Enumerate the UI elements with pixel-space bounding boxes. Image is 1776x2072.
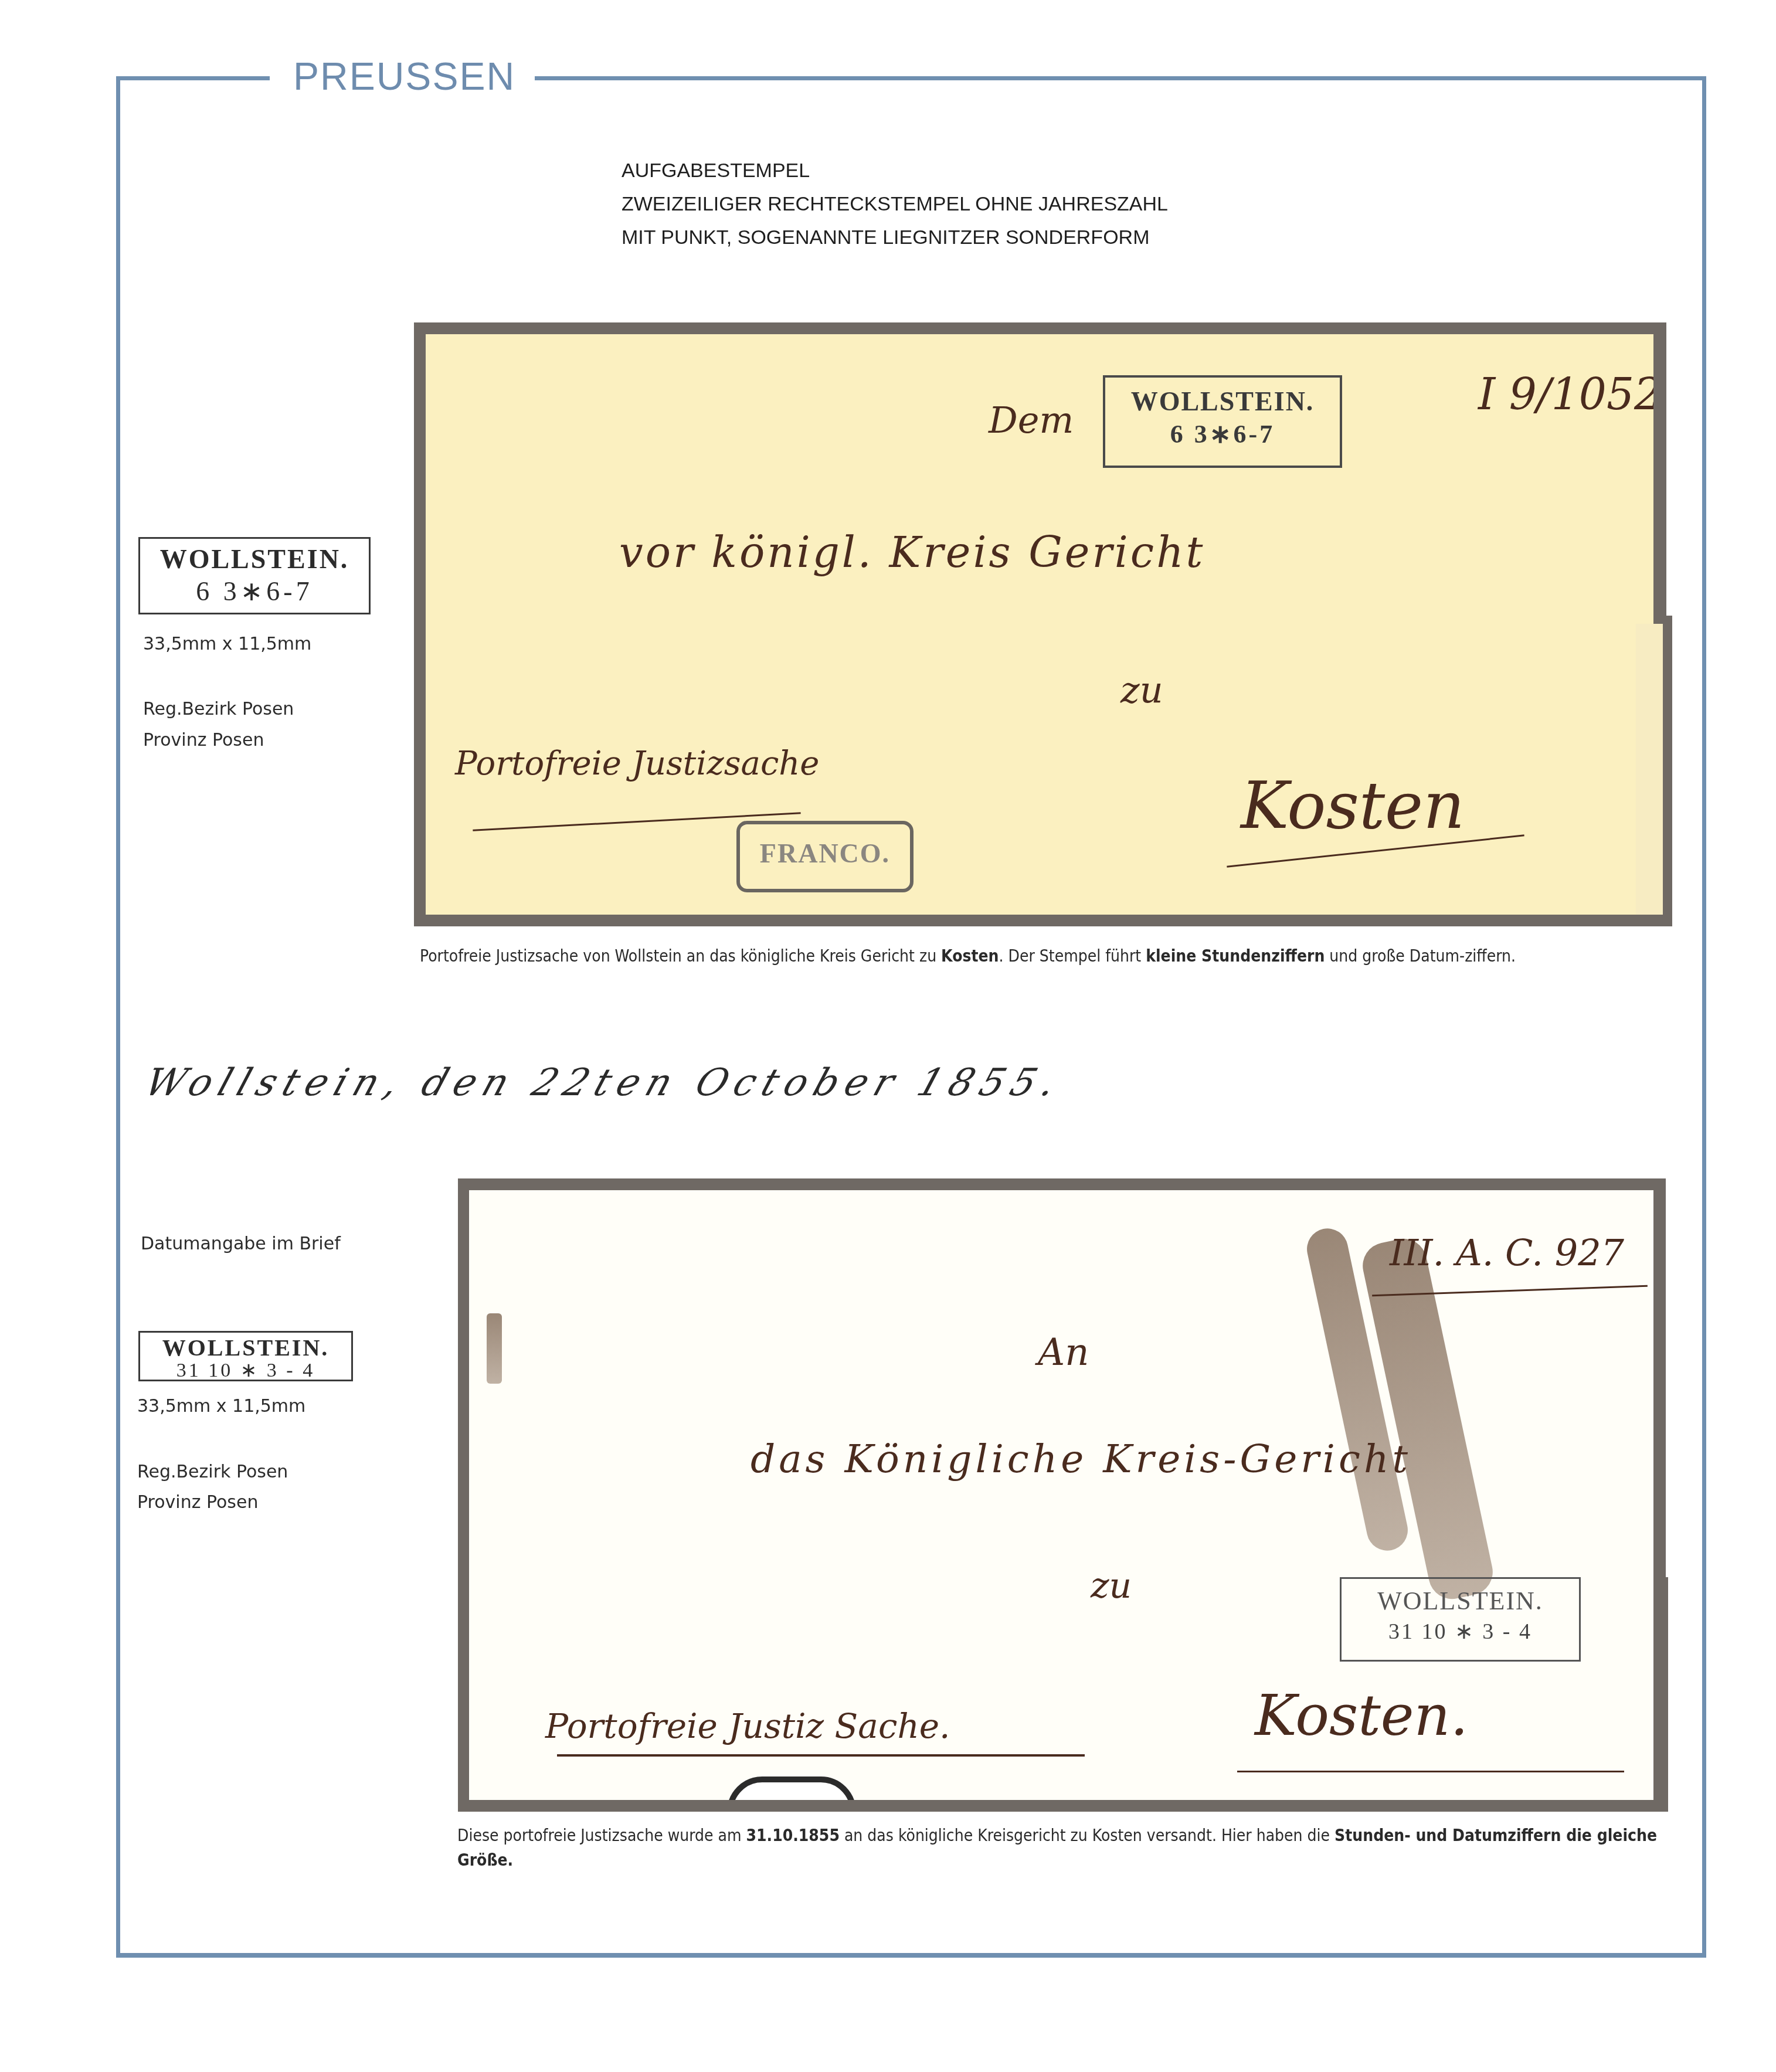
registry-number: III. A. C. 927: [1390, 1231, 1624, 1274]
caption-text: und große Datum-ziffern.: [1325, 946, 1516, 966]
letter-flap: [1636, 624, 1663, 915]
page-title: PREUSSEN: [293, 54, 515, 98]
stamp-town: WOLLSTEIN.: [140, 542, 369, 576]
registry-number: I 9/1052: [1478, 369, 1653, 420]
caption-text: an das königliche Kreisgericht zu Kosten…: [840, 1826, 1334, 1845]
cover-postmark: WOLLSTEIN. 6 3∗6-7: [1103, 375, 1342, 468]
franco-stamp: FRANCO.: [736, 821, 914, 892]
caption-2: Diese portofreie Justizsache wurde am 31…: [457, 1823, 1683, 1873]
address-line: das Königliche Kreis-Gericht: [751, 1436, 1411, 1482]
destination-town: Kosten.: [1255, 1683, 1468, 1748]
ink-stain: [487, 1313, 502, 1384]
address-line: vor königl. Kreis Gericht: [619, 528, 1205, 577]
address-line: zu: [1091, 1565, 1132, 1606]
franco-label: FRANCO.: [740, 824, 910, 883]
caption-text: Portofreie Justizsache von Wollstein an …: [420, 946, 941, 966]
stamp-date: 31 10 ∗ 3 - 4: [140, 1361, 351, 1381]
address-line: An: [1038, 1331, 1089, 1374]
page-frame-top-left: [116, 76, 270, 80]
franking-note: Portofreie Justiz Sache.: [545, 1706, 950, 1746]
header-line: ZWEIZEILIGER RECHTECKSTEMPEL OHNE JAHRES…: [622, 188, 1168, 221]
letter-date-label: Datumangabe im Brief: [141, 1228, 341, 1259]
caption-bold: 31.10.1855: [746, 1826, 840, 1845]
cover-letter-1: Dem WOLLSTEIN. 6 3∗6-7 I 9/1052 vor köni…: [426, 334, 1653, 915]
stamp-town: WOLLSTEIN.: [140, 1335, 351, 1361]
page-frame-top-right: [535, 76, 1706, 80]
caption-1: Portofreie Justizsache von Wollstein an …: [420, 944, 1680, 969]
page-frame-right: [1702, 76, 1706, 1957]
stamp-date: 6 3∗6-7: [140, 576, 369, 607]
address-line: zu: [1120, 668, 1163, 711]
caption-text: . Der Stempel führt: [999, 946, 1146, 966]
page-frame-left: [116, 76, 120, 1957]
cover-postmark: WOLLSTEIN. 31 10 ∗ 3 - 4: [1340, 1577, 1581, 1662]
postmark-town: WOLLSTEIN.: [1105, 383, 1340, 420]
stamp-size: 33,5mm x 11,5mm: [143, 629, 311, 660]
caption-bold: Kosten: [941, 946, 999, 966]
franking-note: Portofreie Justizsache: [455, 745, 819, 783]
destination-town: Kosten: [1241, 768, 1465, 843]
postmark-date: 6 3∗6-7: [1105, 420, 1340, 449]
header-line: AUFGABESTEMPEL: [622, 154, 1168, 188]
postmark-date: 31 10 ∗ 3 - 4: [1342, 1618, 1579, 1646]
stamp-reference-1: WOLLSTEIN. 6 3∗6-7: [138, 537, 371, 614]
stamp-size: 33,5mm x 11,5mm: [137, 1391, 305, 1422]
postmark-town: WOLLSTEIN.: [1342, 1585, 1579, 1618]
underline: [557, 1754, 1085, 1757]
region-province: Provinz Posen: [143, 725, 264, 756]
header-line: MIT PUNKT, SOGENANNTE LIEGNITZER SONDERF…: [622, 221, 1168, 254]
underline: [1237, 1771, 1624, 1772]
handwritten-letter-date: Wollstein, den 22ten October 1855.: [140, 1061, 1068, 1105]
stamp-reference-2: WOLLSTEIN. 31 10 ∗ 3 - 4: [138, 1331, 353, 1381]
page-frame-bottom: [116, 1953, 1706, 1958]
caption-text: Diese portofreie Justizsache wurde am: [457, 1826, 746, 1845]
cover-letter-2: III. A. C. 927 An das Königliche Kreis-G…: [469, 1190, 1653, 1800]
section-header: AUFGABESTEMPEL ZWEIZEILIGER RECHTECKSTEM…: [622, 154, 1168, 254]
obliterated-stamp: [727, 1777, 856, 1800]
region-district: Reg.Bezirk Posen: [137, 1456, 288, 1487]
address-line: Dem: [989, 399, 1074, 441]
region-district: Reg.Bezirk Posen: [143, 694, 294, 725]
caption-bold: kleine Stundenziffern: [1146, 946, 1325, 966]
region-province: Provinz Posen: [137, 1487, 258, 1518]
